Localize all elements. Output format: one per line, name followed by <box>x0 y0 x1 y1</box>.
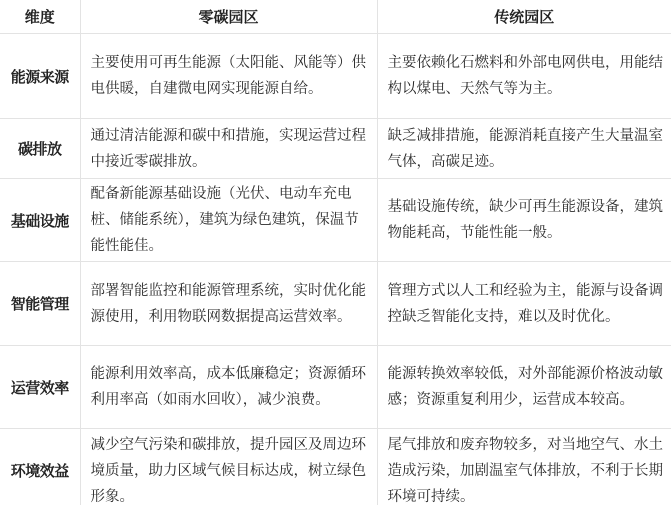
table-row: 碳排放 通过清洁能源和碳中和措施，实现运营过程中接近零碳排放。 缺乏减排措施，能… <box>0 119 671 179</box>
traditional-cell: 主要依赖化石燃料和外部电网供电，用能结构以煤电、天然气等为主。 <box>377 34 671 119</box>
zero-carbon-cell: 主要使用可再生能源（太阳能、风能等）供电供暖，自建微电网实现能源自给。 <box>80 34 377 119</box>
header-dimension: 维度 <box>0 0 80 34</box>
traditional-cell: 基础设施传统，缺少可再生能源设备，建筑物能耗高，节能性能一般。 <box>377 179 671 262</box>
dimension-cell: 碳排放 <box>0 119 80 179</box>
table-row: 基础设施 配备新能源基础设施（光伏、电动车充电桩、储能系统），建筑为绿色建筑，保… <box>0 179 671 262</box>
zero-carbon-cell: 配备新能源基础设施（光伏、电动车充电桩、储能系统），建筑为绿色建筑，保温节能性能… <box>80 179 377 262</box>
dimension-cell: 基础设施 <box>0 179 80 262</box>
traditional-cell: 尾气排放和废弃物较多，对当地空气、水土造成污染，加剧温室气体排放，不利于长期环境… <box>377 429 671 505</box>
traditional-cell: 管理方式以人工和经验为主，能源与设备调控缺乏智能化支持，难以及时优化。 <box>377 262 671 346</box>
table-row: 环境效益 减少空气污染和碳排放，提升园区及周边环境质量，助力区域气候目标达成，树… <box>0 429 671 505</box>
traditional-cell: 能源转换效率较低，对外部能源价格波动敏感；资源重复利用少，运营成本较高。 <box>377 346 671 429</box>
table-row: 能源来源 主要使用可再生能源（太阳能、风能等）供电供暖，自建微电网实现能源自给。… <box>0 34 671 119</box>
dimension-cell: 环境效益 <box>0 429 80 505</box>
header-traditional-park: 传统园区 <box>377 0 671 34</box>
dimension-cell: 能源来源 <box>0 34 80 119</box>
zero-carbon-cell: 通过清洁能源和碳中和措施，实现运营过程中接近零碳排放。 <box>80 119 377 179</box>
table-row: 智能管理 部署智能监控和能源管理系统，实时优化能源使用，利用物联网数据提高运营效… <box>0 262 671 346</box>
dimension-cell: 运营效率 <box>0 346 80 429</box>
zero-carbon-cell: 减少空气污染和碳排放，提升园区及周边环境质量，助力区域气候目标达成，树立绿色形象… <box>80 429 377 505</box>
header-row: 维度 零碳园区 传统园区 <box>0 0 671 34</box>
header-zero-carbon-park: 零碳园区 <box>80 0 377 34</box>
dimension-cell: 智能管理 <box>0 262 80 346</box>
comparison-table: 维度 零碳园区 传统园区 能源来源 主要使用可再生能源（太阳能、风能等）供电供暖… <box>0 0 671 505</box>
traditional-cell: 缺乏减排措施，能源消耗直接产生大量温室气体，高碳足迹。 <box>377 119 671 179</box>
zero-carbon-cell: 能源利用效率高，成本低廉稳定；资源循环利用率高（如雨水回收），减少浪费。 <box>80 346 377 429</box>
zero-carbon-cell: 部署智能监控和能源管理系统，实时优化能源使用，利用物联网数据提高运营效率。 <box>80 262 377 346</box>
table-row: 运营效率 能源利用效率高，成本低廉稳定；资源循环利用率高（如雨水回收），减少浪费… <box>0 346 671 429</box>
